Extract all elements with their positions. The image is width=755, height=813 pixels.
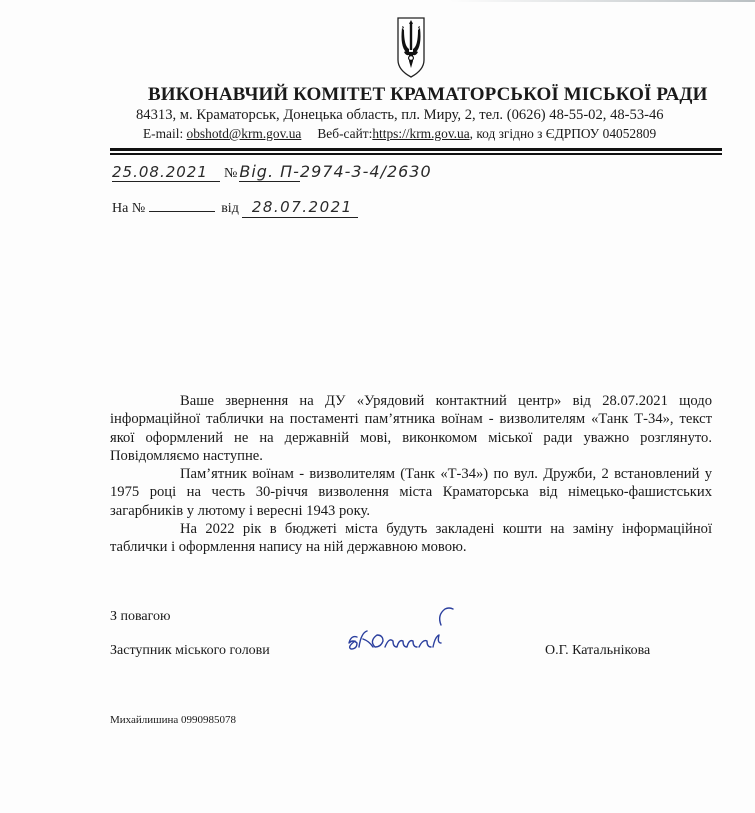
organization-title: ВИКОНАВЧИЙ КОМІТЕТ КРАМАТОРСЬКОЇ МІСЬКОЇ… <box>0 84 755 106</box>
email-link[interactable]: obshotd@krm.gov.ua <box>187 126 302 141</box>
body-paragraph: Пам’ятник воїнам - визволителям (Танк «Т… <box>110 465 712 520</box>
reference-line: На №від28.07.2021 <box>112 198 358 218</box>
closing-phrase: З повагою <box>110 609 171 625</box>
signer-name: О.Г. Катальнікова <box>545 643 650 659</box>
number-sign: № <box>224 166 237 181</box>
body-paragraph: Ваше звернення на ДУ «Урядовий контактни… <box>110 392 712 465</box>
registration-number-prefix: Віg. П- <box>239 162 300 182</box>
registration-number: Віg. П-2974-3-4/2630 <box>239 162 431 182</box>
ukraine-trident-emblem-icon <box>396 16 426 79</box>
signer-position: Заступник міського голови <box>110 643 270 659</box>
website-label: Веб-сайт: <box>317 126 372 141</box>
scan-edge-artifact <box>450 0 755 2</box>
header-divider <box>110 148 722 155</box>
registration-date: 25.08.2021 <box>112 163 220 182</box>
email-label: E-mail: <box>143 126 187 141</box>
registration-number-value: 2974-3-4/2630 <box>300 162 432 181</box>
organization-address: 84313, м. Краматорськ, Донецька область,… <box>136 107 664 124</box>
website-link[interactable]: https://krm.gov.ua <box>372 126 469 141</box>
letter-page: ВИКОНАВЧИЙ КОМІТЕТ КРАМАТОРСЬКОЇ МІСЬКОЇ… <box>0 0 755 813</box>
letter-body: Ваше звернення на ДУ «Урядовий контактни… <box>110 392 712 557</box>
handwritten-signature-icon <box>345 603 465 653</box>
executor-contact: Михайлишина 0990985078 <box>110 714 236 726</box>
body-paragraph: На 2022 рік в бюджеті міста будуть закла… <box>110 520 712 557</box>
edrpou-code: , код згідно з ЄДРПОУ 04052809 <box>470 126 657 141</box>
reference-from-label: від <box>221 201 239 216</box>
reference-date: 28.07.2021 <box>252 198 353 216</box>
reference-number <box>149 199 215 212</box>
registration-line: 25.08.2021№Віg. П-2974-3-4/2630 <box>112 162 432 182</box>
reference-label: На № <box>112 201 145 216</box>
organization-contacts: E-mail: obshotd@krm.gov.uaВеб-сайт:https… <box>143 126 656 142</box>
